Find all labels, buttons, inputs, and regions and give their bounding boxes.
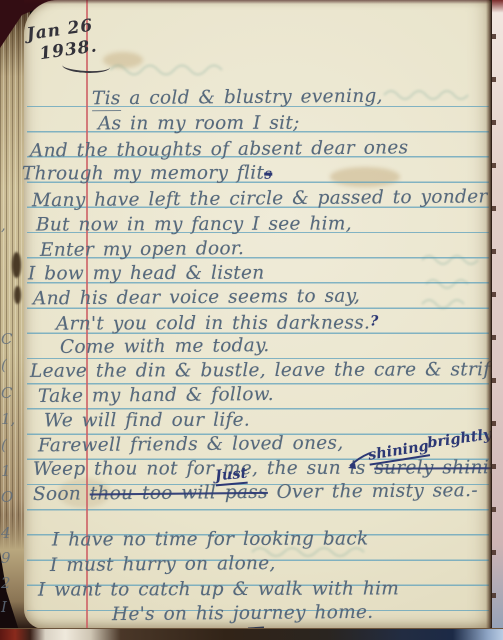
poem-text: Soon [33,483,90,504]
poem-text: Many have left the circle & passed to yo… [32,186,503,212]
poem-text: We will find our life. [44,410,250,432]
poem-text: He's on his journey home. [112,602,374,625]
poem-text: Over the misty sea.- [268,480,478,503]
book-bottom-edge [0,628,503,640]
poem-text: Arn't you cold in this darkness. [56,312,370,334]
insertion-arrow-icon [344,450,374,472]
page-edge-character: 1, [1,410,15,428]
page-edge-character: C [1,330,15,348]
poem-text: Farewell friends & loved ones, [38,433,344,457]
page-edge-character: 1 [1,462,15,480]
ink-bleed-through [382,86,487,102]
poem-line: Enter my open door. [40,237,244,263]
poem-line: As in my room I sit; [98,112,300,137]
page-edge-character: O [1,488,15,506]
ink-insertion: Just [214,465,248,487]
poem-text: I have no time for looking back [52,528,369,550]
poem-text: But now in my fancy I see him, [36,213,352,235]
poem-line: I bow my head & listen [28,262,265,287]
poem-line: He's on his journey home. [112,601,374,627]
poem-line: Come with me today. [60,334,270,360]
poem-line: I must hurry on alone, [50,552,276,578]
poem-text: Take my hand & follow. [38,384,274,407]
poem-line: And the thoughts of absent dear ones [30,136,409,163]
binding-stitches [492,34,496,609]
poem-text: thou too will pass [90,482,268,505]
page-edge-character: C [1,384,15,402]
poem-text: Weep thou not for me, the sun is [33,458,374,480]
poem-line: I want to catch up & walk with him [38,577,399,602]
poem-line: I have no time for looking back [52,527,369,552]
poem-text: Enter my open door. [40,238,244,261]
ink-bleed-through [108,60,238,78]
poem-line: Take my hand & follow. [38,383,274,409]
poem-text: Leave the din & bustle, leave the care &… [30,359,503,382]
poem-text: I bow my head & listen [28,263,265,285]
page-edge-character: I [1,598,15,616]
page-edge-character: 2 [1,574,15,592]
page-top-shadow [24,0,503,4]
poem-text: I want to catch up & walk with him [38,578,399,600]
poem-text: ? [370,313,379,329]
poem-line: Weep thou not for me, the sun is surely … [33,456,503,482]
poem-line: Leave the din & bustle, leave the care &… [30,358,503,384]
page-edge-character: ( [1,436,15,454]
poem-text: Come with me today. [60,335,270,358]
poem-text: And the thoughts of absent dear ones [30,137,409,161]
ink-bleed-through [420,250,490,310]
poem-line: Through my memory flits [22,162,272,187]
poem-line: Soon thou too will pass Over the misty s… [33,479,478,507]
page-edge-character: , [1,216,15,234]
poem-line: But now in my fancy I see him, [36,212,352,237]
poem-text: s [264,165,272,183]
page-edge-character: 4 [1,524,15,542]
poem-line: We will find our life. [44,409,250,434]
poem-line: And his dear voice seems to say, [33,285,360,312]
spine-shadow-blob [14,286,21,304]
poem-line: Many have left the circle & passed to yo… [32,185,503,214]
poem-text: I must hurry on alone, [50,553,276,576]
poem-text: Through my memory flit [22,163,264,185]
spine-shadow-blob [12,252,21,278]
page-edge-character: 9 [1,549,15,567]
poem-text: a cold & blustry evening, [121,86,383,109]
poem-text: And his dear voice seems to say, [33,286,360,310]
poem-text: Tis [92,88,121,111]
page-edge-character: ( [1,356,15,374]
poem-text: As in my room I sit; [98,113,300,135]
diary-page-photo: Jan 26 1938. Tis a cold & blustry evenin… [0,0,503,640]
poem-line: Farewell friends & loved ones, [38,432,344,459]
poem-line: Tis a cold & blustry evening, [92,85,383,112]
poem-line: Arn't you cold in this darkness.? [56,309,379,336]
